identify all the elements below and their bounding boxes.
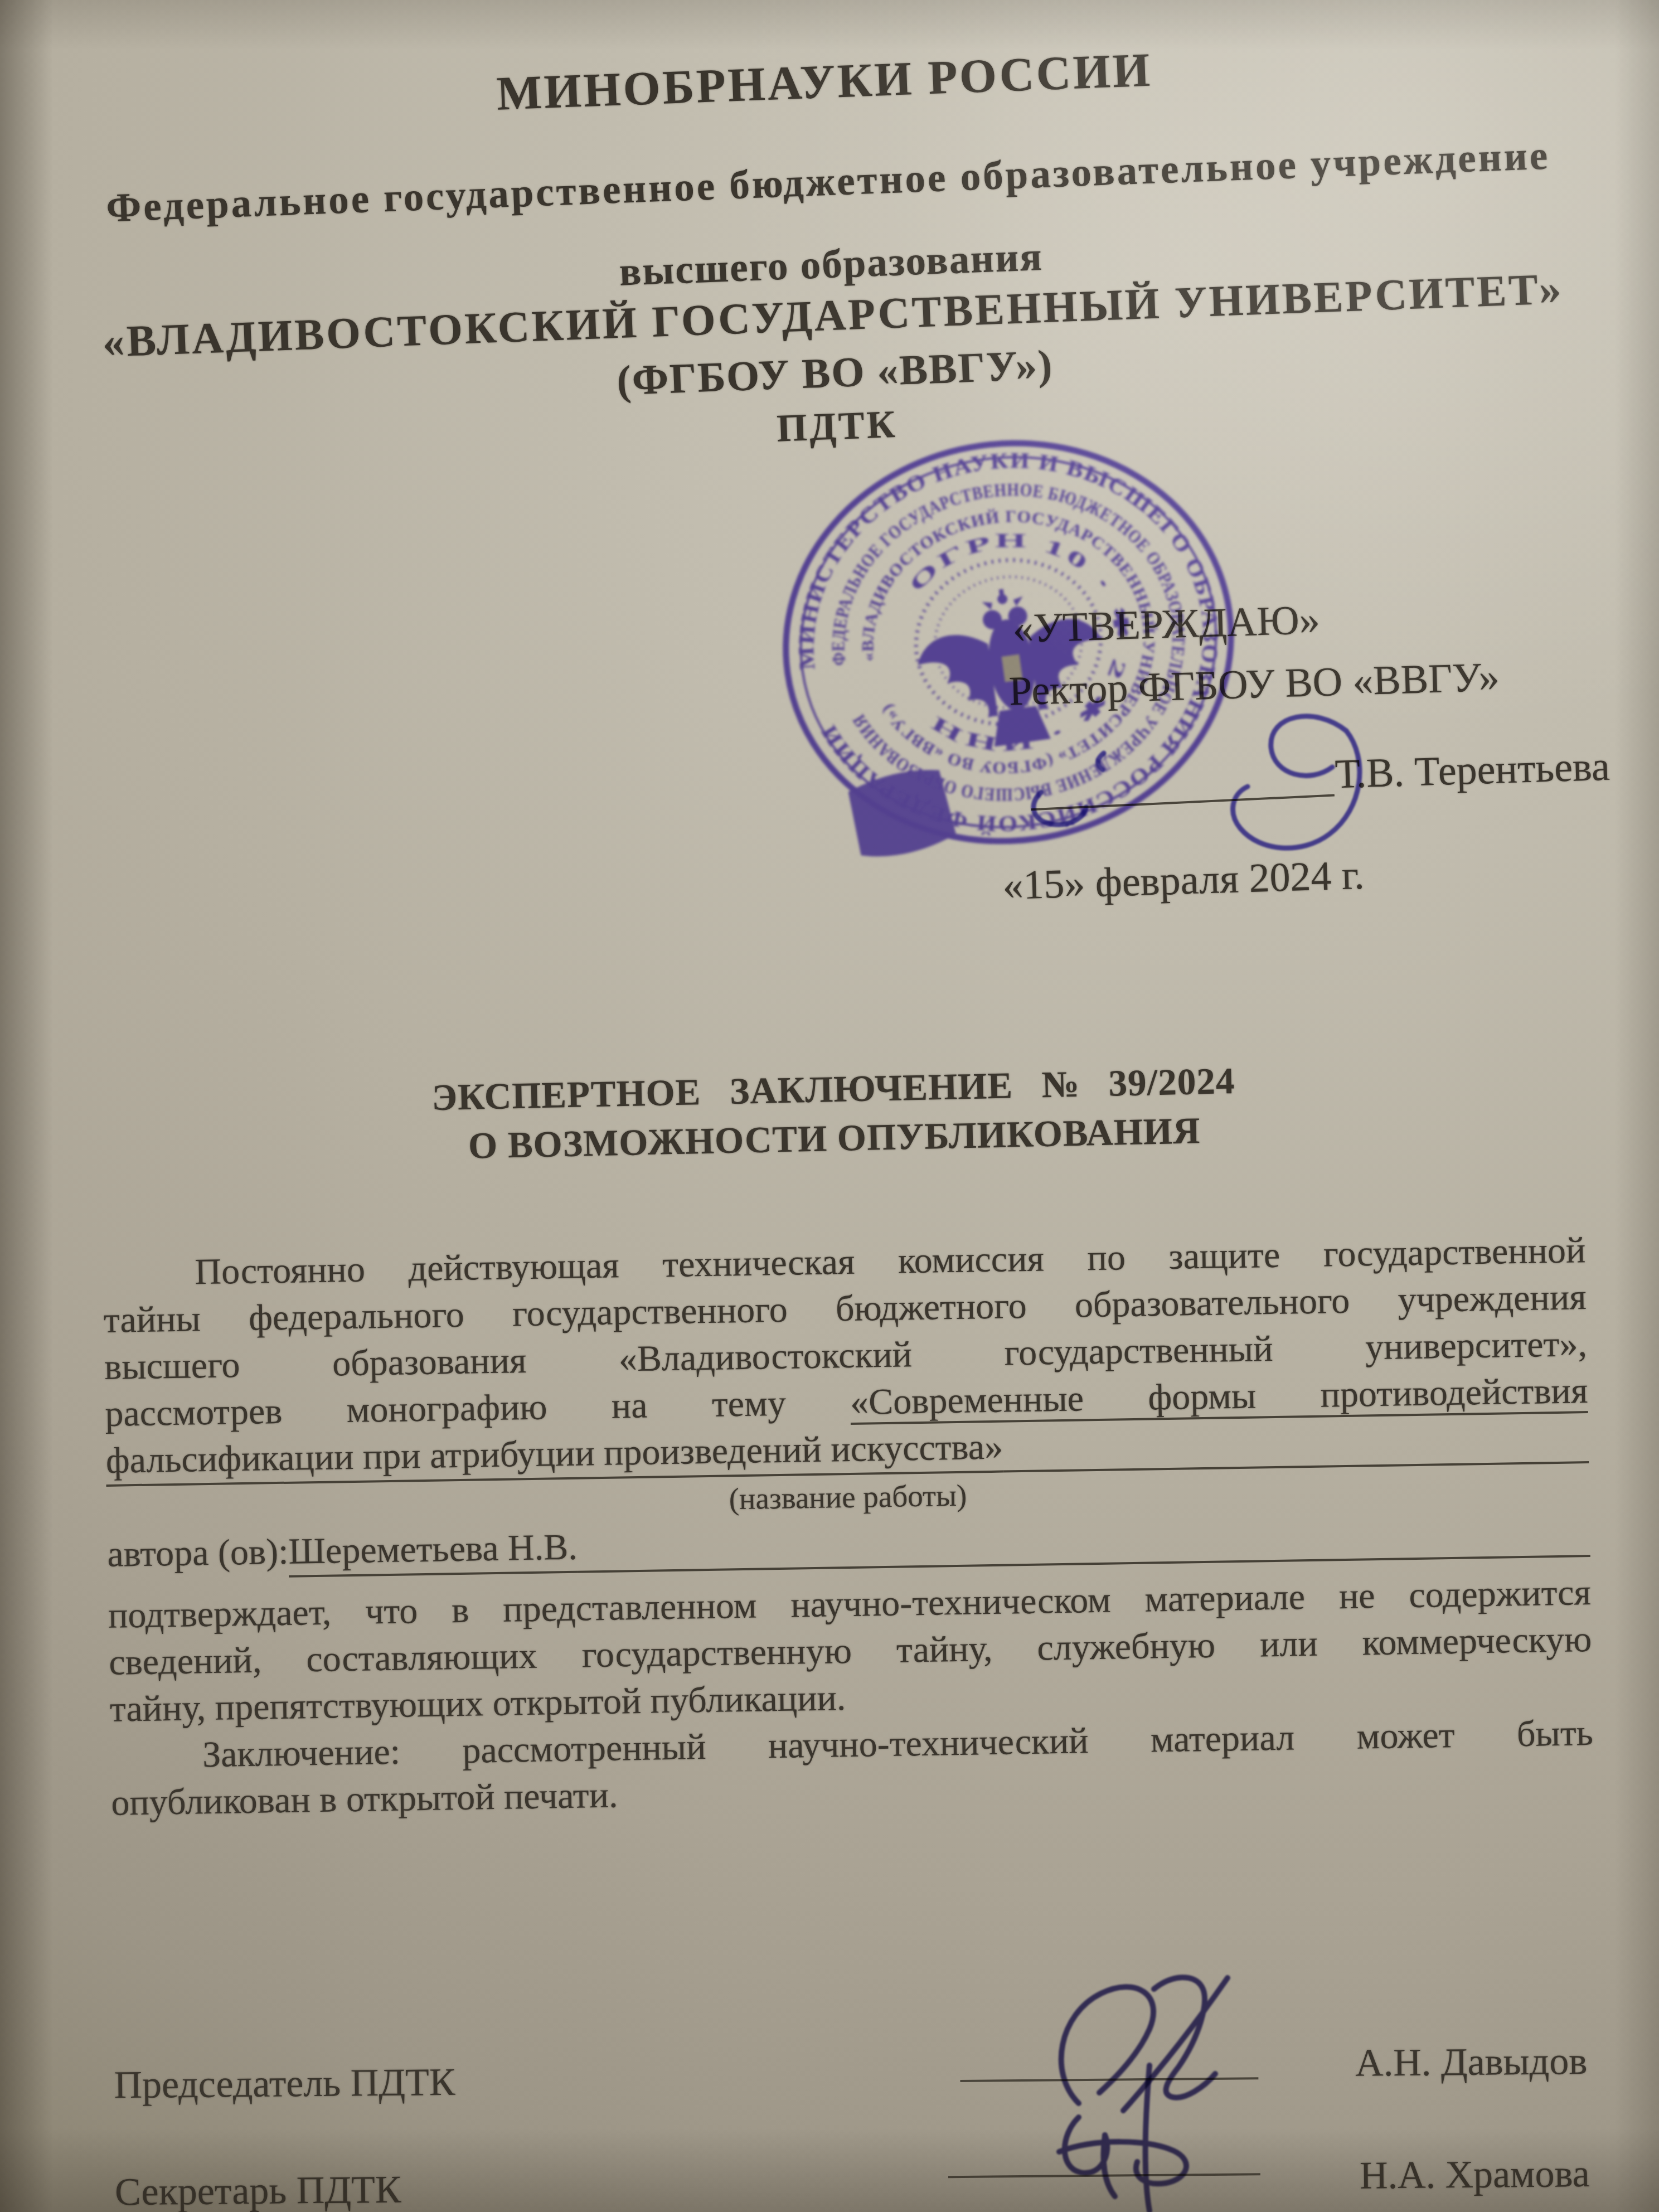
secretary-handwritten-signature bbox=[981, 2063, 1316, 2212]
approval-block: «УТВЕРЖДАЮ» Ректор ФГБОУ ВО «ВВГУ» Т.В. … bbox=[0, 0, 1637, 35]
signature-footer: Председатель ПДТК А.Н. Давыдов Секретарь… bbox=[0, 0, 1641, 7]
secretary-label: Секретарь ПДТК bbox=[115, 2168, 401, 2212]
ministry-title: МИНОБРНАУКИ РОССИИ bbox=[0, 23, 1655, 140]
work-intro-text: рассмотрев монографию на тему bbox=[105, 1382, 851, 1434]
author-label: автора (ов): bbox=[107, 1529, 289, 1580]
scanned-document-page: МИНОБРНАУКИ РОССИИ Федеральное государст… bbox=[0, 0, 1659, 2212]
chair-name: А.Н. Давыдов bbox=[1355, 2039, 1588, 2086]
rector-handwritten-signature bbox=[1020, 700, 1444, 890]
author-name: Шереметьева Н.В. bbox=[288, 1524, 578, 1578]
body-text: Постоянно действующая техническая комисс… bbox=[103, 1227, 1594, 1827]
document-title: ЭКСПЕРТНОЕ ЗАКЛЮЧЕНИЕ № 39/2024 О ВОЗМОЖ… bbox=[0, 0, 1636, 18]
secretary-name: Н.А. Храмова bbox=[1360, 2152, 1590, 2199]
blank-underline bbox=[1002, 1414, 1589, 1472]
document-header: МИНОБРНАУКИ РОССИИ Федеральное государст… bbox=[0, 0, 1650, 31]
chair-label: Председатель ПДТК bbox=[114, 2060, 455, 2108]
